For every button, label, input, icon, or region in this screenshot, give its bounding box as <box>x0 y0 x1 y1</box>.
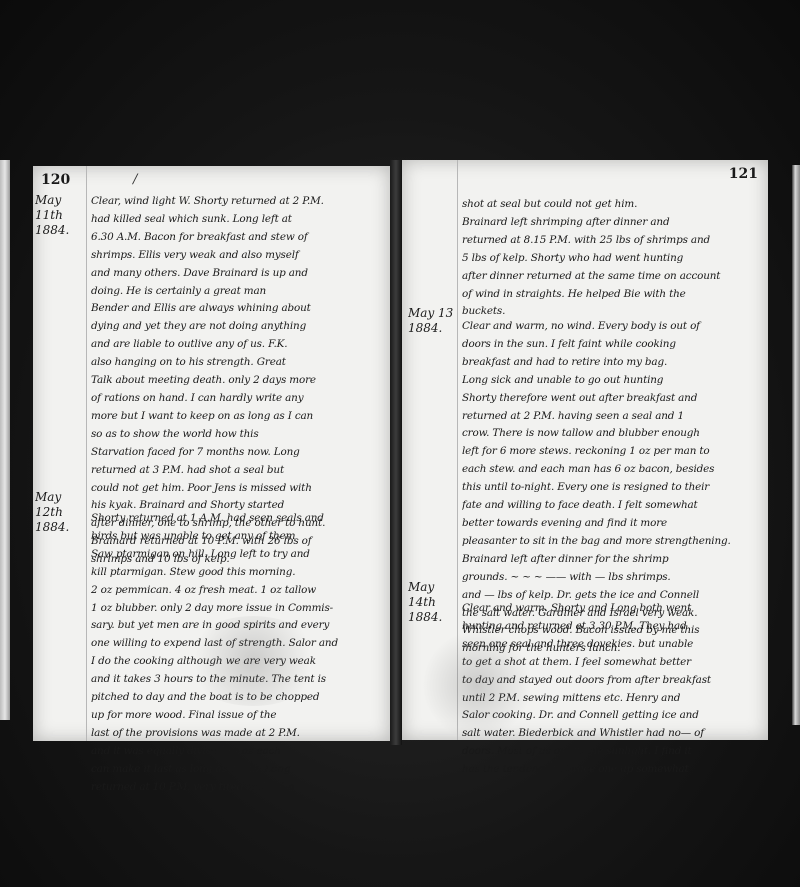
text-line: better towards evening and find it more <box>462 515 762 533</box>
text-line: Shorty therefore went out after breakfas… <box>462 390 762 408</box>
text-line: sary. but yet men are in good spirits an… <box>91 617 384 635</box>
journal-page-left: 120 / May 11th 1884. Clear, wind light W… <box>33 166 390 741</box>
margin-rule <box>457 160 458 740</box>
text-line: dying and yet they are not doing anythin… <box>91 318 384 336</box>
text-line: returned at 8.15 P.M. with 25 lbs of shr… <box>462 232 762 250</box>
text-line: had killed seal which sunk. Long left at <box>91 211 384 229</box>
text-line: birds but was unable to get any of them <box>91 528 384 546</box>
header-mark: / <box>133 172 137 187</box>
text-line: doing. He is certainly a great man <box>91 283 384 301</box>
text-line: Clear, wind light W. Shorty returned at … <box>91 193 384 211</box>
text-line: shrimps. Ellis very weak and also myself <box>91 247 384 265</box>
text-line: 5 lbs of kelp. Shorty who had went hunti… <box>462 250 762 268</box>
adjacent-page-edge-left <box>0 160 10 720</box>
text-line: until 2 P.M. sewing mittens etc. Henry a… <box>462 690 762 708</box>
text-line: of wind in straights. He helped Bie with… <box>462 286 762 304</box>
text-line: Saw ptarmigan on hill. Long left to try … <box>91 546 384 564</box>
text-line: Long sick and unable to go out hunting <box>462 372 762 390</box>
entry-date-month-day: May 14th <box>408 580 460 610</box>
text-line: 2 oz pemmican. 4 oz fresh meat. 1 oz tal… <box>91 582 384 600</box>
entry-date-year: 1884. <box>35 223 87 238</box>
text-line: hunting and returned at 3.30 P.M. They h… <box>462 618 762 636</box>
entry-date: May 13 1884. <box>408 306 460 336</box>
text-line: seen one seal and three dovekies. but un… <box>462 636 762 654</box>
text-line: Clear and warm. Shorty and Long both wen… <box>462 600 762 618</box>
text-line: salt water. Biederbick and Whistler had … <box>462 725 762 743</box>
entry-date: May 11th 1884. <box>35 193 87 238</box>
text-line: grounds. ~ ~ ~ —— with — lbs shrimps. <box>462 569 762 587</box>
text-line: so as to show the world how this <box>91 426 384 444</box>
entry-date-month-day: May 12th <box>35 490 87 520</box>
text-line: returned at 2 P.M. having seen a seal an… <box>462 408 762 426</box>
text-line: I do the cooking although we are very we… <box>91 653 384 671</box>
journal-continuation-body: shot at seal but could not get him. Brai… <box>462 196 762 321</box>
text-line: Bender and Ellis are always whining abou… <box>91 300 384 318</box>
journal-entry-body: Shorty returned at 1 A.M. had seen seals… <box>91 510 384 797</box>
book-gutter <box>390 160 402 745</box>
text-line: kill ptarmigan. Stew good this morning. <box>91 564 384 582</box>
text-line: of rations on hand. I can hardly write a… <box>91 390 384 408</box>
text-line: doors. Most of us out in the sunlight. I… <box>462 743 762 761</box>
text-line: 1 oz blubber. only 2 day more issue in C… <box>91 600 384 618</box>
text-line: returned at 10 P.M. very tired had got a <box>91 779 384 797</box>
text-line: Brainard left after dinner for the shrim… <box>462 551 762 569</box>
text-line: could not get him. Poor Jens is missed w… <box>91 480 384 498</box>
text-line: breakfast and had to retire into my bag. <box>462 354 762 372</box>
text-line: has the tendency to brace one up somewha… <box>462 761 762 779</box>
text-line: crow. There is now tallow and blubber en… <box>462 425 762 443</box>
text-line: last of the provisions was made at 2 P.M… <box>91 725 384 743</box>
text-line: this until to-night. Every one is resign… <box>462 479 762 497</box>
text-line: pitched to day and the boat is to be cho… <box>91 689 384 707</box>
text-line: and are liable to outlive any of us. F.K… <box>91 336 384 354</box>
text-line: fate and willing to face death. I felt s… <box>462 497 762 515</box>
text-line: can make it last as long as it will. Lon… <box>91 761 384 779</box>
text-line: each stew. and each man has 6 oz bacon, … <box>462 461 762 479</box>
journal-page-right: 121 shot at seal but could not get him. … <box>402 160 768 740</box>
text-line: Clear and warm, no wind. Every body is o… <box>462 318 762 336</box>
text-line: 6.30 A.M. Bacon for breakfast and stew o… <box>91 229 384 247</box>
text-line: one willing to expend last of strength. … <box>91 635 384 653</box>
text-line: and it takes 3 hours to the minute. The … <box>91 671 384 689</box>
text-line: Starvation faced for 7 months now. Long <box>91 444 384 462</box>
text-line: after dinner returned at the same time o… <box>462 268 762 286</box>
text-line: Talk about meeting death. only 2 days mo… <box>91 372 384 390</box>
entry-date-year: 1884. <box>408 321 460 336</box>
entry-date: May 14th 1884. <box>408 580 460 625</box>
text-line: to day and stayed out doors from after b… <box>462 672 762 690</box>
page-number: 121 <box>729 166 758 182</box>
text-line: left for 6 more stews. reckoning 1 oz pe… <box>462 443 762 461</box>
margin-rule <box>86 166 87 741</box>
journal-entry-body: Clear and warm. Shorty and Long both wen… <box>462 600 762 779</box>
entry-date: May 12th 1884. <box>35 490 87 535</box>
text-line: doors in the sun. I felt faint while coo… <box>462 336 762 354</box>
text-line: up for more wood. Final issue of the <box>91 707 384 725</box>
text-line: Shorty returned at 1 A.M. had seen seals… <box>91 510 384 528</box>
entry-date-month-day: May 11th <box>35 193 87 223</box>
text-line: pleasanter to sit in the bag and more st… <box>462 533 762 551</box>
text-line: returned at 3 P.M. had shot a seal but <box>91 462 384 480</box>
text-line: more but I want to keep on as long as I … <box>91 408 384 426</box>
text-line: shot at seal but could not get him. <box>462 196 762 214</box>
page-number: 120 <box>41 172 70 188</box>
text-line: Salor cooking. Dr. and Connell getting i… <box>462 707 762 725</box>
adjacent-page-edge-right <box>792 165 800 725</box>
text-line: and it was equally divided so as each <box>91 743 384 761</box>
entry-date-year: 1884. <box>408 610 460 625</box>
entry-date-year: 1884. <box>35 520 87 535</box>
text-line: to get a shot at them. I feel somewhat b… <box>462 654 762 672</box>
text-line: and many others. Dave Brainard is up and <box>91 265 384 283</box>
text-line: Brainard left shrimping after dinner and <box>462 214 762 232</box>
entry-date-month-day: May 13 <box>408 306 460 321</box>
text-line: also hanging on to his strength. Great <box>91 354 384 372</box>
